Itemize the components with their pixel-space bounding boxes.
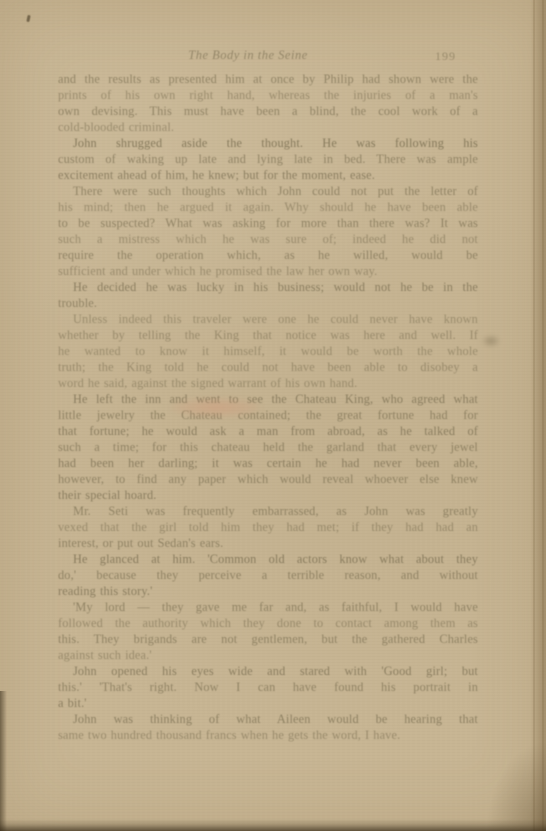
paragraph: Unless indeed this traveler were one he … [58, 311, 478, 391]
text-line: however, to find any paper which would r… [58, 471, 478, 487]
page-edge-bottom-shadow [0, 819, 546, 831]
text-line: against such idea.' [58, 647, 478, 663]
ink-smudge [481, 334, 501, 348]
text-line: custom of waking up late and lying late … [58, 151, 478, 167]
text-line: John opened his eyes wide and stared wit… [58, 663, 478, 679]
text-line: their special hoard. [58, 487, 478, 503]
text-line: this. They brigands are not gentlemen, b… [58, 631, 478, 647]
text-line: trouble. [58, 295, 478, 311]
text-line: he wanted to know it himself, it would b… [58, 343, 478, 359]
text-line: truth; the King told he could not have b… [58, 359, 478, 375]
page-edge-right-shadow [530, 0, 546, 831]
text-line: interest, or put out Sedan's ears. [58, 535, 478, 551]
text-line: require the operation which, as he wille… [58, 247, 478, 263]
paragraph: There were such thoughts which John coul… [58, 183, 478, 279]
text-line: such a time; for this chateau held the g… [58, 439, 478, 455]
paragraph: He decided he was lucky in his business;… [58, 279, 478, 311]
paragraph: 'My lord — they gave me far and, as fait… [58, 599, 478, 663]
text-line: to be suspected? What was asking for mor… [58, 215, 478, 231]
paragraph: John opened his eyes wide and stared wit… [58, 663, 478, 711]
paragraph: Mr. Seti was frequently embarrassed, as … [58, 503, 478, 551]
text-line: whether by telling the King that notice … [58, 327, 478, 343]
text-line: word he said, against the signed warrant… [58, 375, 478, 391]
text-line: do,' because they perceive a terrible re… [58, 567, 478, 583]
running-title: The Body in the Seine [40, 48, 456, 63]
text-line: a bit.' [58, 695, 478, 711]
text-line: excitement ahead of him, he knew; but fo… [58, 167, 478, 183]
text-line: vexed that the girl told him they had me… [58, 519, 478, 535]
paragraph: He glanced at him. 'Common old actors kn… [58, 551, 478, 599]
book-page-scan: The Body in the Seine 199 and the result… [0, 0, 546, 831]
body-text: and the results as presented him at once… [58, 71, 478, 743]
text-line: There were such thoughts which John coul… [58, 183, 478, 199]
text-line: that fortune; he would ask a man from ab… [58, 423, 478, 439]
text-line: own devising. This must have been a blin… [58, 103, 478, 119]
paper-speck [26, 15, 30, 22]
text-line: followed the authority which they done t… [58, 615, 478, 631]
text-line: He glanced at him. 'Common old actors kn… [58, 551, 478, 567]
paragraph: He left the inn and went to see the Chat… [58, 391, 478, 503]
paragraph: John was thinking of what Aileen would b… [58, 711, 478, 743]
text-line: this.' 'That's right. Now I can have fou… [58, 679, 478, 695]
paragraph: and the results as presented him at once… [58, 71, 478, 135]
text-line: He left the inn and went to see the Chat… [58, 391, 478, 407]
text-line: He decided he was lucky in his business;… [58, 279, 478, 295]
text-line: his mind; then he argued it again. Why s… [58, 199, 478, 215]
paragraph: John shrugged aside the thought. He was … [58, 135, 478, 183]
running-head: The Body in the Seine 199 [40, 48, 456, 64]
text-line: John was thinking of what Aileen would b… [58, 711, 478, 727]
page-number: 199 [435, 49, 456, 64]
text-line: had been her darling; it was certain he … [58, 455, 478, 471]
text-line: and the results as presented him at once… [58, 71, 478, 87]
text-line: 'My lord — they gave me far and, as fait… [58, 599, 478, 615]
page-corner-shadow [486, 741, 546, 831]
text-line: cold-blooded criminal. [58, 119, 478, 135]
text-line: prints of his own right hand, whereas th… [58, 87, 478, 103]
text-line: Mr. Seti was frequently embarrassed, as … [58, 503, 478, 519]
text-line: little jewelry the Chateau contained; th… [58, 407, 478, 423]
text-line: such a mistress which he was sure of; in… [58, 231, 478, 247]
page-edge-left-shadow [0, 691, 7, 831]
text-line: John shrugged aside the thought. He was … [58, 135, 478, 151]
text-line: reading this story.' [58, 583, 478, 599]
text-line: same two hundred thousand francs when he… [58, 727, 478, 743]
text-line: sufficient and under which he promised t… [58, 263, 478, 279]
text-line: Unless indeed this traveler were one he … [58, 311, 478, 327]
